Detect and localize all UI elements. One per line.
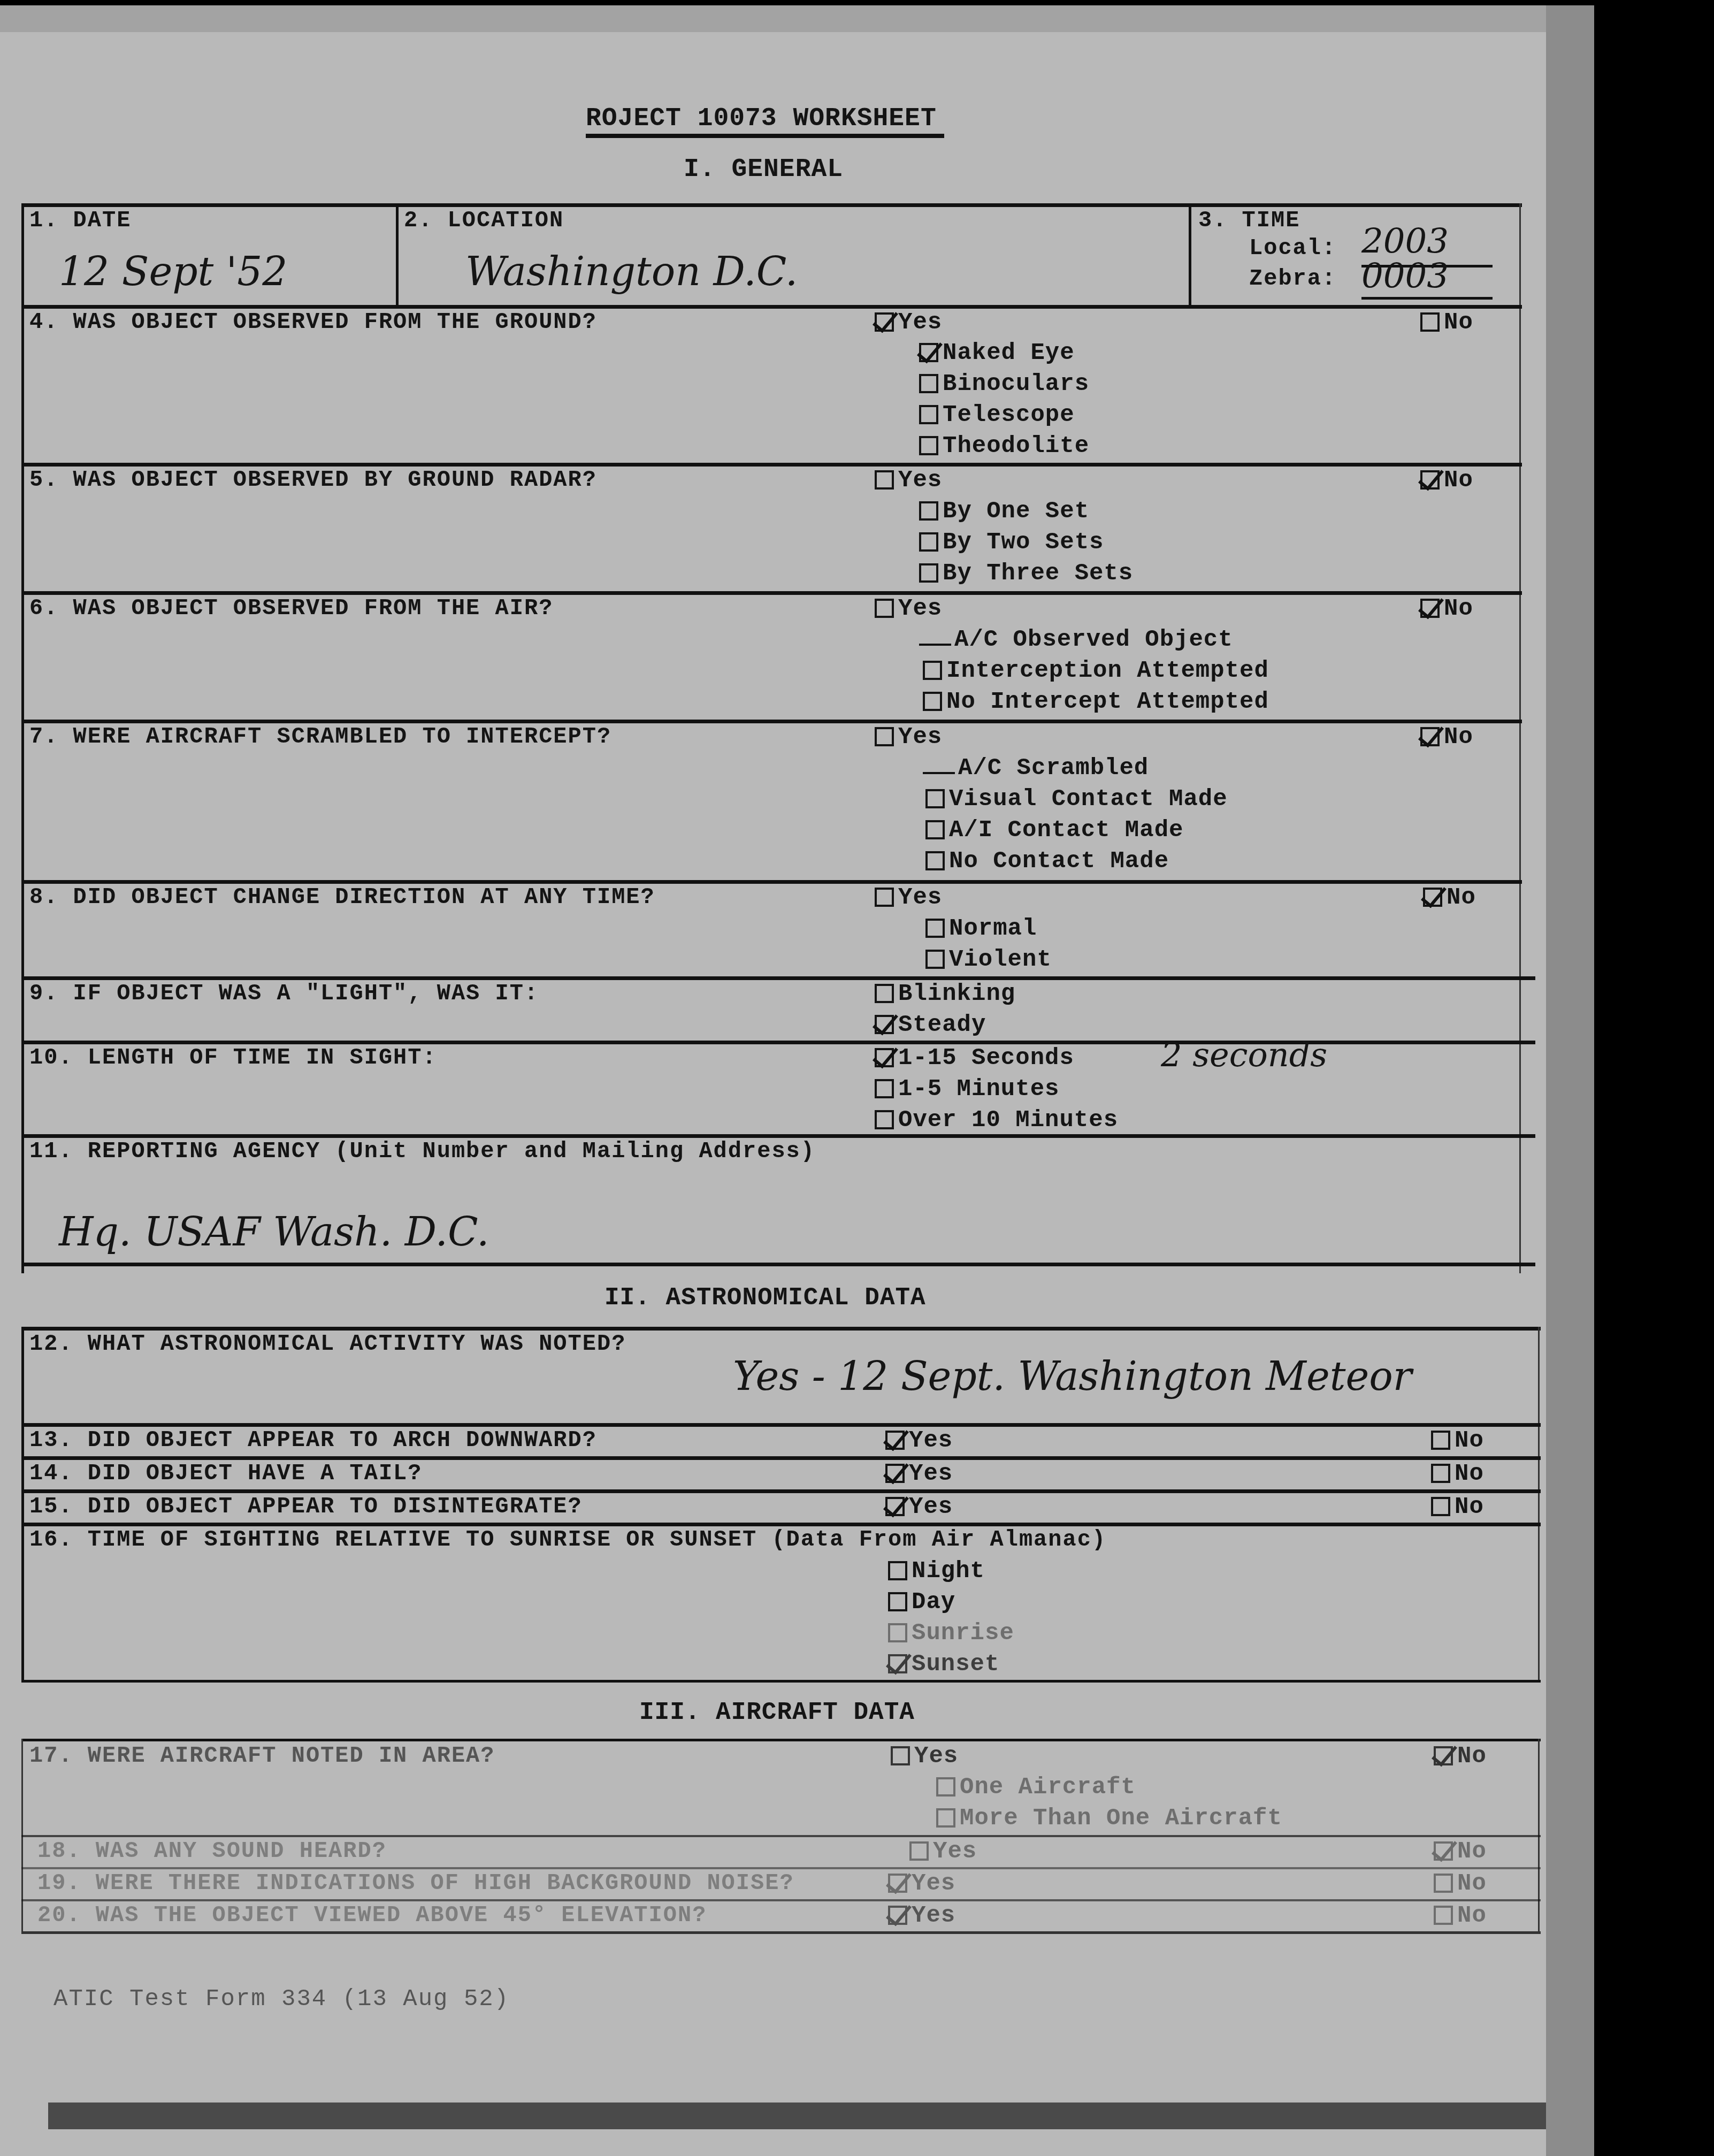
- location-value: Washington D.C.: [465, 249, 798, 295]
- q12-value: Yes - 12 Sept. Washington Meteor: [733, 1354, 1412, 1400]
- checkbox[interactable]: [925, 950, 945, 969]
- q15-label: 15. DID OBJECT APPEAR TO DISINTEGRATE?: [29, 1494, 583, 1519]
- q5-option-two-sets[interactable]: By Two Sets: [919, 529, 1104, 556]
- rule: [21, 591, 1522, 595]
- checkbox[interactable]: [1434, 1874, 1453, 1893]
- q14-yes[interactable]: Yes: [885, 1461, 953, 1487]
- checkbox[interactable]: [923, 692, 942, 711]
- q16-label: 16. TIME OF SIGHTING RELATIVE TO SUNRISE…: [29, 1527, 1106, 1553]
- worksheet-page: [0, 32, 1546, 2156]
- q17-option-more-than-one[interactable]: More Than One Aircraft: [936, 1805, 1282, 1832]
- local-time-label: Local:: [1249, 235, 1336, 261]
- q5-option-one-set[interactable]: By One Set: [919, 498, 1089, 525]
- q16-option-sunrise[interactable]: Sunrise: [888, 1620, 1014, 1647]
- q19-no[interactable]: No: [1434, 1870, 1487, 1897]
- zebra-time-label: Zebra:: [1249, 266, 1336, 292]
- checkbox[interactable]: [919, 374, 938, 393]
- checkbox[interactable]: [1420, 312, 1440, 332]
- location-label: 2. LOCATION: [404, 208, 564, 233]
- rule: [21, 1263, 1535, 1266]
- frame-right: [1519, 203, 1521, 1273]
- rule: [21, 1931, 1541, 1934]
- checkbox[interactable]: [925, 919, 945, 938]
- q5-label: 5. WAS OBJECT OBSERVED BY GROUND RADAR?: [29, 467, 597, 493]
- q13-label: 13. DID OBJECT APPEAR TO ARCH DOWNWARD?: [29, 1427, 597, 1453]
- q7-yes[interactable]: Yes: [875, 724, 942, 751]
- q5-no[interactable]: No: [1420, 467, 1473, 494]
- rule: [21, 1835, 1541, 1837]
- checkbox[interactable]: [925, 789, 945, 808]
- checkbox-checked[interactable]: [885, 1497, 905, 1516]
- q11-label: 11. REPORTING AGENCY (Unit Number and Ma…: [29, 1138, 815, 1164]
- form-id-footer: ATIC Test Form 334 (13 Aug 52): [53, 1986, 509, 2013]
- checkbox[interactable]: [919, 532, 938, 552]
- q19-yes[interactable]: Yes: [888, 1870, 955, 1897]
- divider: [396, 203, 399, 305]
- q4-label: 4. WAS OBJECT OBSERVED FROM THE GROUND?: [29, 309, 597, 335]
- q6-label: 6. WAS OBJECT OBSERVED FROM THE AIR?: [29, 595, 553, 621]
- checkbox-checked[interactable]: [1420, 727, 1440, 746]
- local-time-value: 2003: [1361, 222, 1449, 262]
- title-underline: [586, 134, 944, 138]
- q18-label: 18. WAS ANY SOUND HEARD?: [37, 1838, 387, 1864]
- checkbox[interactable]: [1431, 1464, 1450, 1483]
- q7-option-ai-contact[interactable]: A/I Contact Made: [925, 817, 1183, 844]
- rule: [21, 880, 1522, 884]
- q8-no[interactable]: No: [1423, 884, 1476, 911]
- q7-label: 7. WERE AIRCRAFT SCRAMBLED TO INTERCEPT?: [29, 724, 611, 750]
- checkbox-checked[interactable]: [875, 1048, 894, 1067]
- rule: [21, 976, 1535, 980]
- q13-yes[interactable]: Yes: [885, 1427, 953, 1454]
- q11-reporting-agency-value: Hq. USAF Wash. D.C.: [59, 1209, 489, 1255]
- worksheet-title: ROJECT 10073 WORKSHEET: [586, 104, 937, 133]
- rule: [21, 1423, 1541, 1427]
- checkbox-checked[interactable]: [1423, 888, 1442, 907]
- q7-option-no-contact[interactable]: No Contact Made: [925, 848, 1169, 875]
- checkbox[interactable]: [1431, 1431, 1450, 1450]
- q13-no[interactable]: No: [1431, 1427, 1484, 1454]
- q4-option-theodolite[interactable]: Theodolite: [919, 433, 1089, 460]
- q12-label: 12. WHAT ASTRONOMICAL ACTIVITY WAS NOTED…: [29, 1331, 626, 1357]
- q8-option-violent[interactable]: Violent: [925, 946, 1052, 973]
- checkbox[interactable]: [875, 727, 894, 746]
- checkbox[interactable]: [875, 470, 894, 490]
- section-general-heading: I. GENERAL: [684, 155, 843, 184]
- q15-no[interactable]: No: [1431, 1494, 1484, 1520]
- checkbox[interactable]: [891, 1746, 910, 1765]
- rule: [21, 1739, 1541, 1741]
- checkbox[interactable]: [923, 661, 942, 680]
- blank-line[interactable]: [923, 772, 955, 774]
- q14-label: 14. DID OBJECT HAVE A TAIL?: [29, 1461, 423, 1486]
- frame-left: [21, 1327, 24, 1680]
- q4-option-naked-eye[interactable]: Naked Eye: [919, 340, 1075, 366]
- checkbox-checked[interactable]: [888, 1906, 907, 1925]
- rule: [21, 463, 1522, 467]
- checkbox[interactable]: [875, 1079, 894, 1098]
- rule: [21, 1523, 1541, 1526]
- checkbox[interactable]: [875, 984, 894, 1003]
- checkbox[interactable]: [925, 851, 945, 870]
- checkbox-checked[interactable]: [1434, 1746, 1453, 1765]
- date-value: 12 Sept '52: [59, 249, 287, 295]
- q16-option-night[interactable]: Night: [888, 1558, 985, 1585]
- q18-yes[interactable]: Yes: [909, 1838, 977, 1865]
- q6-option-ac-observed[interactable]: A/C Observed Object: [919, 626, 1233, 653]
- page-edge-shadow: [1546, 5, 1594, 2156]
- underline: [1361, 297, 1493, 300]
- q10-option-1-5-minutes[interactable]: 1-5 Minutes: [875, 1076, 1059, 1103]
- q16-option-sunset[interactable]: Sunset: [888, 1651, 999, 1678]
- rule: [21, 1489, 1541, 1493]
- section-astronomical-heading: II. ASTRONOMICAL DATA: [605, 1284, 926, 1312]
- checkbox-checked[interactable]: [1434, 1841, 1453, 1861]
- checkbox-checked[interactable]: [919, 343, 938, 362]
- checkbox[interactable]: [1431, 1497, 1450, 1516]
- rule: [21, 1899, 1541, 1901]
- frame-left: [21, 203, 24, 1273]
- q17-option-one-aircraft[interactable]: One Aircraft: [936, 1774, 1136, 1801]
- rule: [21, 203, 1522, 207]
- checkbox[interactable]: [888, 1561, 907, 1580]
- q9-label: 9. IF OBJECT WAS A "LIGHT", WAS IT:: [29, 981, 539, 1006]
- divider: [1189, 203, 1191, 305]
- checkbox-checked[interactable]: [875, 1015, 894, 1034]
- q6-no[interactable]: No: [1420, 595, 1473, 622]
- page-top-shadow: [0, 5, 1594, 32]
- q7-no[interactable]: No: [1420, 724, 1473, 751]
- q4-yes[interactable]: Yes: [875, 309, 942, 336]
- zebra-time-value: 0003: [1361, 257, 1449, 296]
- q8-option-normal[interactable]: Normal: [925, 915, 1037, 942]
- q5-yes[interactable]: Yes: [875, 467, 942, 494]
- q5-option-three-sets[interactable]: By Three Sets: [919, 560, 1133, 587]
- checkbox-checked[interactable]: [888, 1654, 907, 1673]
- checkbox-checked[interactable]: [1420, 470, 1440, 490]
- q17-yes[interactable]: Yes: [891, 1743, 958, 1770]
- rule: [21, 1327, 1541, 1331]
- checkbox[interactable]: [936, 1808, 955, 1828]
- q16-option-day[interactable]: Day: [888, 1589, 955, 1616]
- rule: [21, 1680, 1541, 1683]
- rule: [21, 1456, 1541, 1460]
- q9-option-steady[interactable]: Steady: [875, 1012, 986, 1038]
- q10-option-1-15-seconds[interactable]: 1-15 Seconds: [875, 1045, 1074, 1072]
- q6-option-no-intercept[interactable]: No Intercept Attempted: [923, 689, 1269, 715]
- checkbox[interactable]: [875, 599, 894, 618]
- q19-label: 19. WERE THERE INDICATIONS OF HIGH BACKG…: [37, 1870, 794, 1896]
- checkbox[interactable]: [909, 1841, 929, 1861]
- rule: [21, 720, 1522, 723]
- checkbox[interactable]: [875, 888, 894, 907]
- q7-option-ac-scrambled[interactable]: A/C Scrambled: [923, 755, 1149, 782]
- section-aircraft-heading: III. AIRCRAFT DATA: [639, 1699, 915, 1726]
- q6-yes[interactable]: Yes: [875, 595, 942, 622]
- checkbox-checked[interactable]: [875, 312, 894, 332]
- q4-option-binoculars[interactable]: Binoculars: [919, 371, 1089, 397]
- q10-note: 2 seconds: [1161, 1035, 1327, 1074]
- checkbox[interactable]: [875, 1110, 894, 1129]
- checkbox-checked[interactable]: [885, 1431, 905, 1450]
- q8-label: 8. DID OBJECT CHANGE DIRECTION AT ANY TI…: [29, 884, 655, 910]
- q15-yes[interactable]: Yes: [885, 1494, 953, 1520]
- rule: [21, 305, 1522, 309]
- date-label: 1. DATE: [29, 208, 131, 233]
- q17-label: 17. WERE AIRCRAFT NOTED IN AREA?: [29, 1743, 495, 1769]
- rule: [21, 1867, 1541, 1869]
- q20-yes[interactable]: Yes: [888, 1902, 955, 1929]
- q10-label: 10. LENGTH OF TIME IN SIGHT:: [29, 1045, 437, 1071]
- q9-option-blinking[interactable]: Blinking: [875, 981, 1015, 1007]
- q6-option-interception-attempted[interactable]: Interception Attempted: [923, 657, 1269, 684]
- blank-line[interactable]: [919, 644, 951, 646]
- checkbox[interactable]: [919, 501, 938, 521]
- q14-no[interactable]: No: [1431, 1461, 1484, 1487]
- time-label: 3. TIME: [1198, 208, 1300, 233]
- q20-label: 20. WAS THE OBJECT VIEWED ABOVE 45° ELEV…: [37, 1902, 707, 1928]
- q7-option-visual-contact[interactable]: Visual Contact Made: [925, 786, 1228, 813]
- checkbox[interactable]: [925, 820, 945, 839]
- q10-option-over-10-minutes[interactable]: Over 10 Minutes: [875, 1107, 1118, 1134]
- q4-no[interactable]: No: [1420, 309, 1473, 336]
- checkbox[interactable]: [919, 436, 938, 455]
- q8-yes[interactable]: Yes: [875, 884, 942, 911]
- checkbox[interactable]: [936, 1777, 955, 1796]
- scan-bottom-shadow: [48, 2103, 1546, 2129]
- checkbox[interactable]: [888, 1623, 907, 1642]
- checkbox-checked[interactable]: [888, 1874, 907, 1893]
- checkbox-checked[interactable]: [1420, 599, 1440, 618]
- checkbox[interactable]: [919, 563, 938, 583]
- q4-option-telescope[interactable]: Telescope: [919, 402, 1075, 429]
- rule: [21, 1134, 1535, 1138]
- checkbox[interactable]: [888, 1592, 907, 1611]
- checkbox-checked[interactable]: [885, 1464, 905, 1483]
- q20-no[interactable]: No: [1434, 1902, 1487, 1929]
- checkbox[interactable]: [1434, 1906, 1453, 1925]
- q18-no[interactable]: No: [1434, 1838, 1487, 1865]
- q17-no[interactable]: No: [1434, 1743, 1487, 1770]
- checkbox[interactable]: [919, 405, 938, 424]
- frame-right: [1538, 1327, 1540, 1680]
